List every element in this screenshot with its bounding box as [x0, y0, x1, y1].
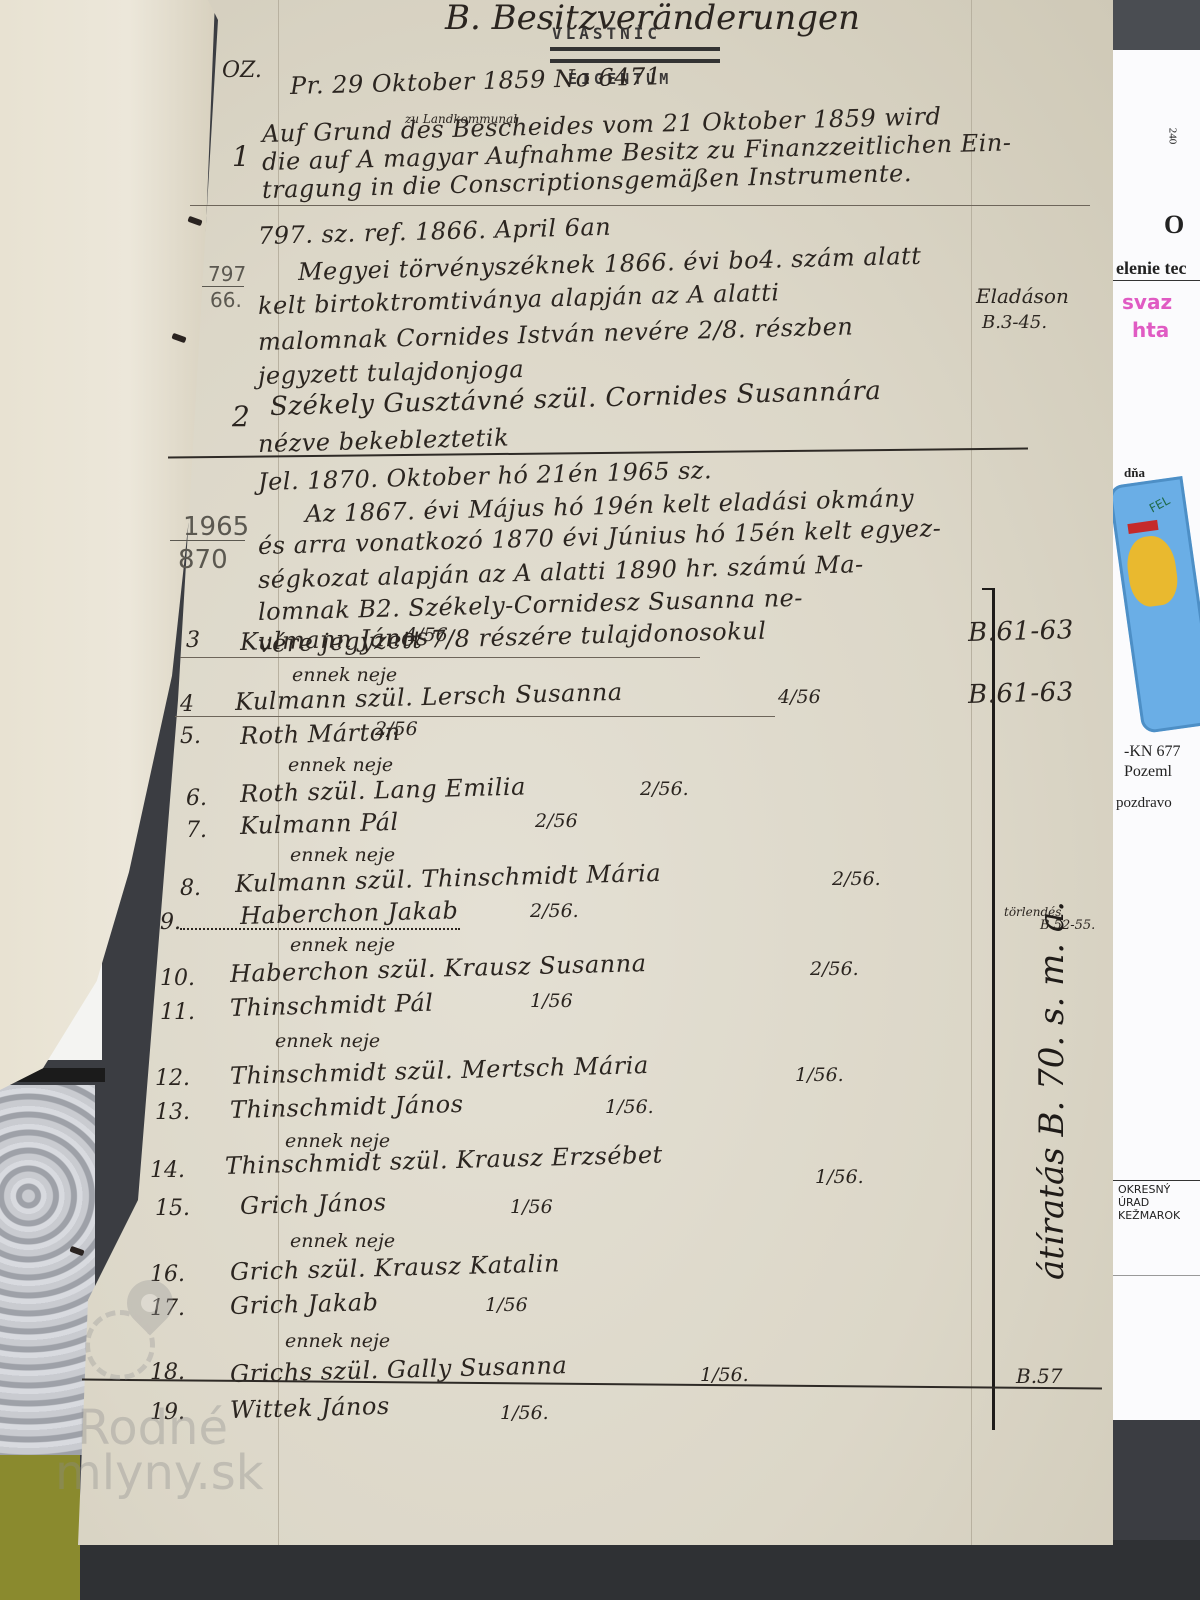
owner-share: 1/56.: [500, 1402, 549, 1424]
office-name-line3: KEŽMAROK: [1118, 1209, 1180, 1222]
owner-number: 6.: [186, 786, 207, 811]
owner-spouse-note: ennek neje: [292, 664, 397, 686]
margin-ref: 1965: [183, 512, 249, 542]
watermark-text: mlyny.sk: [55, 1445, 264, 1501]
divider: [1112, 1275, 1200, 1276]
office-kn: -KN 677: [1124, 743, 1180, 761]
owner-spouse-note: ennek neje: [288, 754, 393, 776]
owner-name: Grich János: [240, 1188, 387, 1220]
owner-spouse-note: ennek neje: [290, 1230, 395, 1252]
owner-reference: B.61-63: [968, 615, 1075, 648]
owner-share: 2/56: [535, 810, 578, 832]
watermark: Rodné mlyny.sk: [85, 1270, 245, 1510]
entry-divider: [190, 205, 1090, 206]
owner-share: 2/56.: [530, 900, 579, 922]
owner-number: 13.: [155, 1100, 190, 1125]
right-reference: B.3-45.: [982, 312, 1047, 333]
divider: [1112, 1180, 1200, 1181]
owner-share: 2/56.: [640, 778, 689, 800]
owner-share: 1/56.: [700, 1364, 749, 1386]
office-pozemky: Pozeml: [1124, 763, 1200, 781]
owner-spouse-note: ennek neje: [275, 1030, 380, 1052]
stamp-vlastnictvo: VLASTNÍC: [552, 24, 661, 43]
owner-share: 2/56: [375, 718, 418, 740]
dotted-leader: [180, 928, 460, 930]
owner-reference: B.61-63: [968, 677, 1075, 710]
divider: [1112, 280, 1200, 281]
vertical-annotation: átíratás B. 70. s. m. a.: [1032, 901, 1072, 1280]
office-letter: O: [1164, 210, 1184, 240]
owner-spouse-note: ennek neje: [290, 844, 395, 866]
scarf-illustration: [1127, 520, 1158, 534]
office-number: 240: [1166, 128, 1178, 145]
fraction-line: [170, 540, 245, 541]
owner-share: 1/56: [510, 1196, 553, 1218]
office-pozdrav: pozdravo: [1116, 795, 1200, 812]
gear-icon: [85, 1310, 155, 1380]
owner-underline: [180, 657, 700, 658]
office-document: 240 O elenie tec svaz hta dňa -KN 677 Po…: [1112, 50, 1200, 1420]
office-date-label: dňa: [1124, 465, 1145, 481]
margin-ref: 797: [208, 262, 246, 286]
owner-spouse-note: ennek neje: [290, 934, 395, 956]
owner-share: 4/56: [405, 624, 448, 646]
stapler-label: FEL: [1147, 493, 1172, 515]
pink-marker-text: svaz: [1122, 290, 1172, 314]
margin-ref: 870: [178, 545, 228, 575]
owner-name: Thinschmidt Pál: [230, 989, 434, 1022]
stamp-bar: [550, 47, 720, 51]
owner-number: 10.: [160, 966, 195, 991]
owner-share: 1/56: [485, 1294, 528, 1316]
owner-name: Kulmann Pál: [240, 808, 399, 840]
owner-number: 14.: [150, 1158, 185, 1183]
owner-name: Kulmann János: [240, 623, 429, 656]
owner-share: 4/56: [778, 686, 821, 708]
margin-oz: OZ.: [222, 58, 262, 83]
owner-underline: [175, 716, 775, 717]
office-department: elenie tec: [1116, 258, 1200, 279]
owner-number: 5.: [180, 724, 201, 749]
entry-number: 1: [232, 140, 250, 173]
owner-share: 2/56.: [832, 868, 881, 890]
right-note: Eladáson: [976, 284, 1069, 308]
margin-rule: [971, 0, 972, 1545]
owner-spouse-note: ennek neje: [285, 1330, 390, 1352]
small-note: törlendés: [1004, 905, 1061, 919]
owner-share: 1/56.: [815, 1166, 864, 1188]
owner-number: 3: [186, 628, 200, 653]
owner-share: 2/56.: [810, 958, 859, 980]
owner-name: Wittek János: [230, 1392, 390, 1424]
owners-bracket: [992, 590, 995, 1430]
owner-name: Grich Jakab: [230, 1288, 379, 1320]
bear-illustration-icon: [1124, 533, 1181, 609]
owner-share: 1/56: [530, 990, 573, 1012]
owner-share: 1/56.: [605, 1096, 654, 1118]
owner-number: 12.: [155, 1066, 190, 1091]
owner-number: 11.: [160, 1000, 195, 1025]
margin-ref: 66.: [210, 288, 242, 312]
pink-marker-text: hta: [1132, 318, 1169, 342]
office-name-line1: OKRESNÝ: [1118, 1183, 1170, 1196]
owner-number: 9.: [160, 910, 181, 935]
small-reference: B.52-55.: [1040, 918, 1095, 933]
owner-share: 1/56.: [795, 1064, 844, 1086]
owner-number: 15.: [155, 1196, 190, 1221]
desk-surface: [0, 1540, 1200, 1600]
owner-reference: B.57: [1016, 1364, 1063, 1388]
entry-number: 2: [232, 400, 250, 433]
owner-number: 7.: [186, 818, 207, 843]
office-name-line2: ÚRAD: [1118, 1196, 1149, 1209]
owner-number: 8.: [180, 876, 201, 901]
owner-number: 4: [180, 692, 194, 717]
fraction-line: [202, 286, 244, 287]
owner-name: Haberchon Jakab: [240, 896, 459, 930]
